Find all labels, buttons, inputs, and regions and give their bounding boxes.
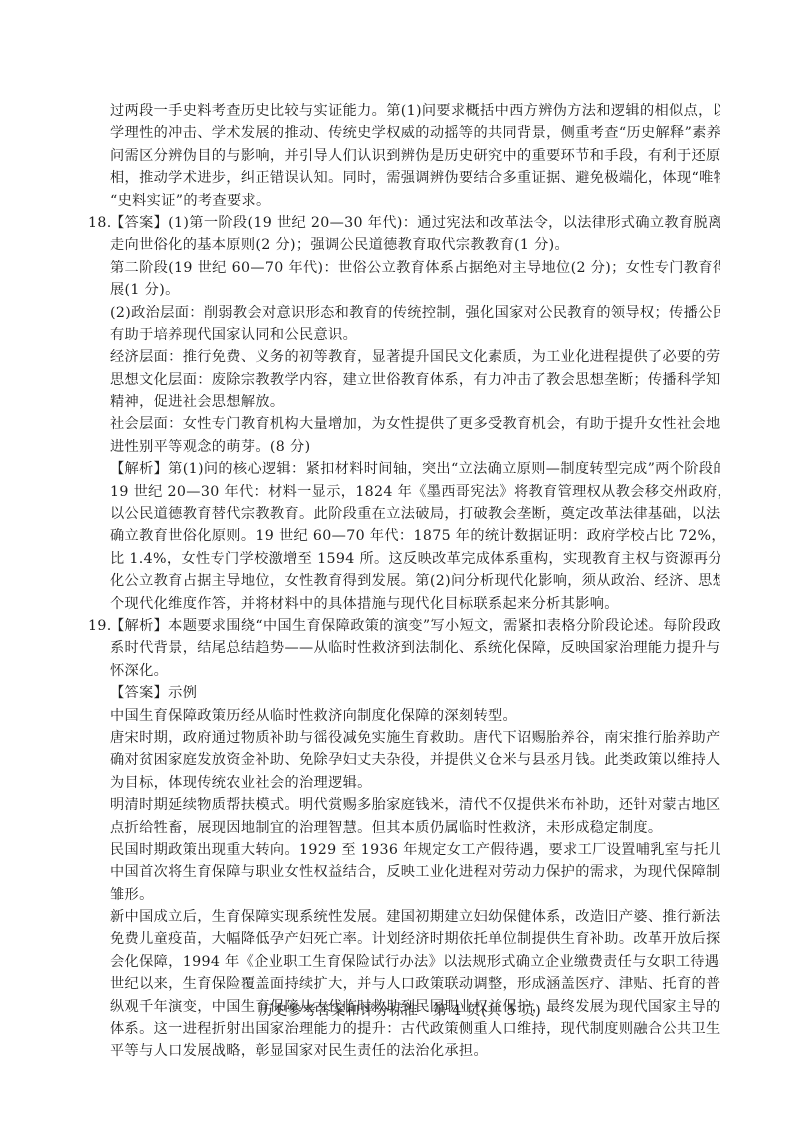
text-line: 会化保障，1994 年《企业职工生育保险试行办法》以法规形式确立企业缴费责任与女… [110,951,720,973]
question-number: 19. [88,615,112,637]
text-line: 【答案】(1)第一阶段(19 世纪 20—30 年代)：通过宪法和改革法令，以法… [110,212,720,234]
text-line: 世纪以来，生育保险覆盖面持续扩大，并与人口政策联动调整，形成涵盖医疗、津贴、托育… [110,973,720,995]
text-line: 怀深化。 [110,660,720,682]
text-line: 19 世纪 20—30 年代：材料一显示，1824 年《墨西哥宪法》将教育管理权… [110,481,720,503]
text-line: 平等与人口发展战略，彰显国家对民生责任的法治化承担。 [110,1040,720,1062]
text-line: 确对贫困家庭发放资金补助、免除孕妇丈夫杂役，并提供义仓米与县丞月钱。此类政策以维… [110,749,720,771]
text-line: 中国生育保障政策历经从临时性救济向制度化保障的深刻转型。 [110,705,720,727]
text-line: 以公民道德教育替代宗教教育。此阶段重在立法破局，打破教会垄断，奠定改革法律基础，… [110,503,720,525]
text-line: “史料实证”的考查要求。 [110,190,720,212]
text-line: 社会层面：女性专门教育机构大量增加，为女性提供了更多受教育机会，有助于提升女性社… [110,413,720,435]
text-line: 为目标，体现传统农业社会的治理逻辑。 [110,772,720,794]
text-line: 系时代背景，结尾总结趋势——从临时性救济到法制化、系统化保障，反映国家治理能力提… [110,637,720,659]
text-line: 思想文化层面：废除宗教教学内容，建立世俗教育体系，有力冲击了教会思想垄断；传播科… [110,369,720,391]
text-line: 新中国成立后，生育保障实现系统性发展。建国初期建立妇幼保健体系，改造旧产婆、推行… [110,906,720,928]
text-line: 问需区分辨伪目的与影响，并引导人们认识到辨伪是历史研究中的重要环节和手段，有利于… [110,145,720,167]
text-line: 【解析】本题要求围绕“中国生育保障政策的演变”写小短文，需紧扣表格分阶段论述。每… [110,615,720,637]
document-page: 过两段一手史料考查历史比较与实证能力。第(1)问要求概括中西方辨伪方法和逻辑的相… [0,0,800,1132]
page-footer: 历史参考答案和评分标准 第 4 页(共 5 页) [0,1000,800,1020]
text-line: 经济层面：推行免费、义务的初等教育，显著提升国民文化素质，为工业化进程提供了必要… [110,346,720,368]
text-line: 点折给牲畜，展现因地制宜的治理智慧。但其本质仍属临时性救济，未形成稳定制度。 [110,817,720,839]
text-line: 进性别平等观念的萌芽。(8 分) [110,436,720,458]
text-line: 比 1.4%，女性专门学校激增至 1594 所。这反映改革完成体系重构，实现教育… [110,548,720,570]
text-line: 【解析】第(1)问的核心逻辑：紧扣材料时间轴，突出“立法确立原则—制度转型完成”… [110,458,720,480]
text-line: 【答案】示例 [110,682,720,704]
text-line: 体系。这一进程折射出国家治理能力的提升：古代政策侧重人口维持，现代制度则融合公共… [110,1018,720,1040]
text-line: 民国时期政策出现重大转向。1929 至 1936 年规定女工产假待遇，要求工厂设… [110,839,720,861]
text-line: 展(1 分)。 [110,279,720,301]
text-line: 精神，促进社会思想解放。 [110,391,720,413]
text-line: 明清时期延续物质帮扶模式。明代赏赐多胎家庭钱米，清代不仅提供米布补助，还针对蒙古… [110,794,720,816]
text-line: 走向世俗化的基本原则(2 分)；强调公民道德教育取代宗教教育(1 分)。 [110,234,720,256]
text-line: 确立教育世俗化原则。19 世纪 60—70 年代：1875 年的统计数据证明：政… [110,525,720,547]
text-line: 中国首次将生育保障与职业女性权益结合，反映工业化进程对劳动力保护的需求，为现代保… [110,861,720,883]
text-line: 有助于培养现代国家认同和公民意识。 [110,324,720,346]
document-body: 过两段一手史料考查历史比较与实证能力。第(1)问要求概括中西方辨伪方法和逻辑的相… [110,100,720,1063]
text-line: (2)政治层面：削弱教会对意识形态和教育的传统控制，强化国家对公民教育的领导权；… [110,302,720,324]
text-line: 免费儿童疫苗，大幅降低孕产妇死亡率。计划经济时期依托单位制提供生育补助。改革开放… [110,928,720,950]
text-line: 雏形。 [110,884,720,906]
question-number: 18. [88,212,112,234]
question-18: 18. 【答案】(1)第一阶段(19 世纪 20—30 年代)：通过宪法和改革法… [110,212,720,615]
text-line: 唐宋时期，政府通过物质补助与徭役减免实施生育救助。唐代下诏赐胎养谷，南宋推行胎养… [110,727,720,749]
text-line: 学理性的冲击、学术发展的推动、传统史学权威的动摇等的共同背景，侧重考查“历史解释… [110,122,720,144]
text-line: 相，推动学术进步，纠正错误认知。同时，需强调辨伪要结合多重证据、避免极端化，体现… [110,167,720,189]
text-line: 化公立教育占据主导地位，女性教育得到发展。第(2)问分析现代化影响，须从政治、经… [110,570,720,592]
text-line: 第二阶段(19 世纪 60—70 年代)：世俗公立教育体系占据绝对主导地位(2 … [110,257,720,279]
text-line: 个现代化维度作答，并将材料中的具体措施与现代化目标联系起来分析其影响。 [110,593,720,615]
question-19: 19. 【解析】本题要求围绕“中国生育保障政策的演变”写小短文，需紧扣表格分阶段… [110,615,720,1063]
intro-paragraph: 过两段一手史料考查历史比较与实证能力。第(1)问要求概括中西方辨伪方法和逻辑的相… [110,100,720,212]
text-line: 过两段一手史料考查历史比较与实证能力。第(1)问要求概括中西方辨伪方法和逻辑的相… [110,100,720,122]
